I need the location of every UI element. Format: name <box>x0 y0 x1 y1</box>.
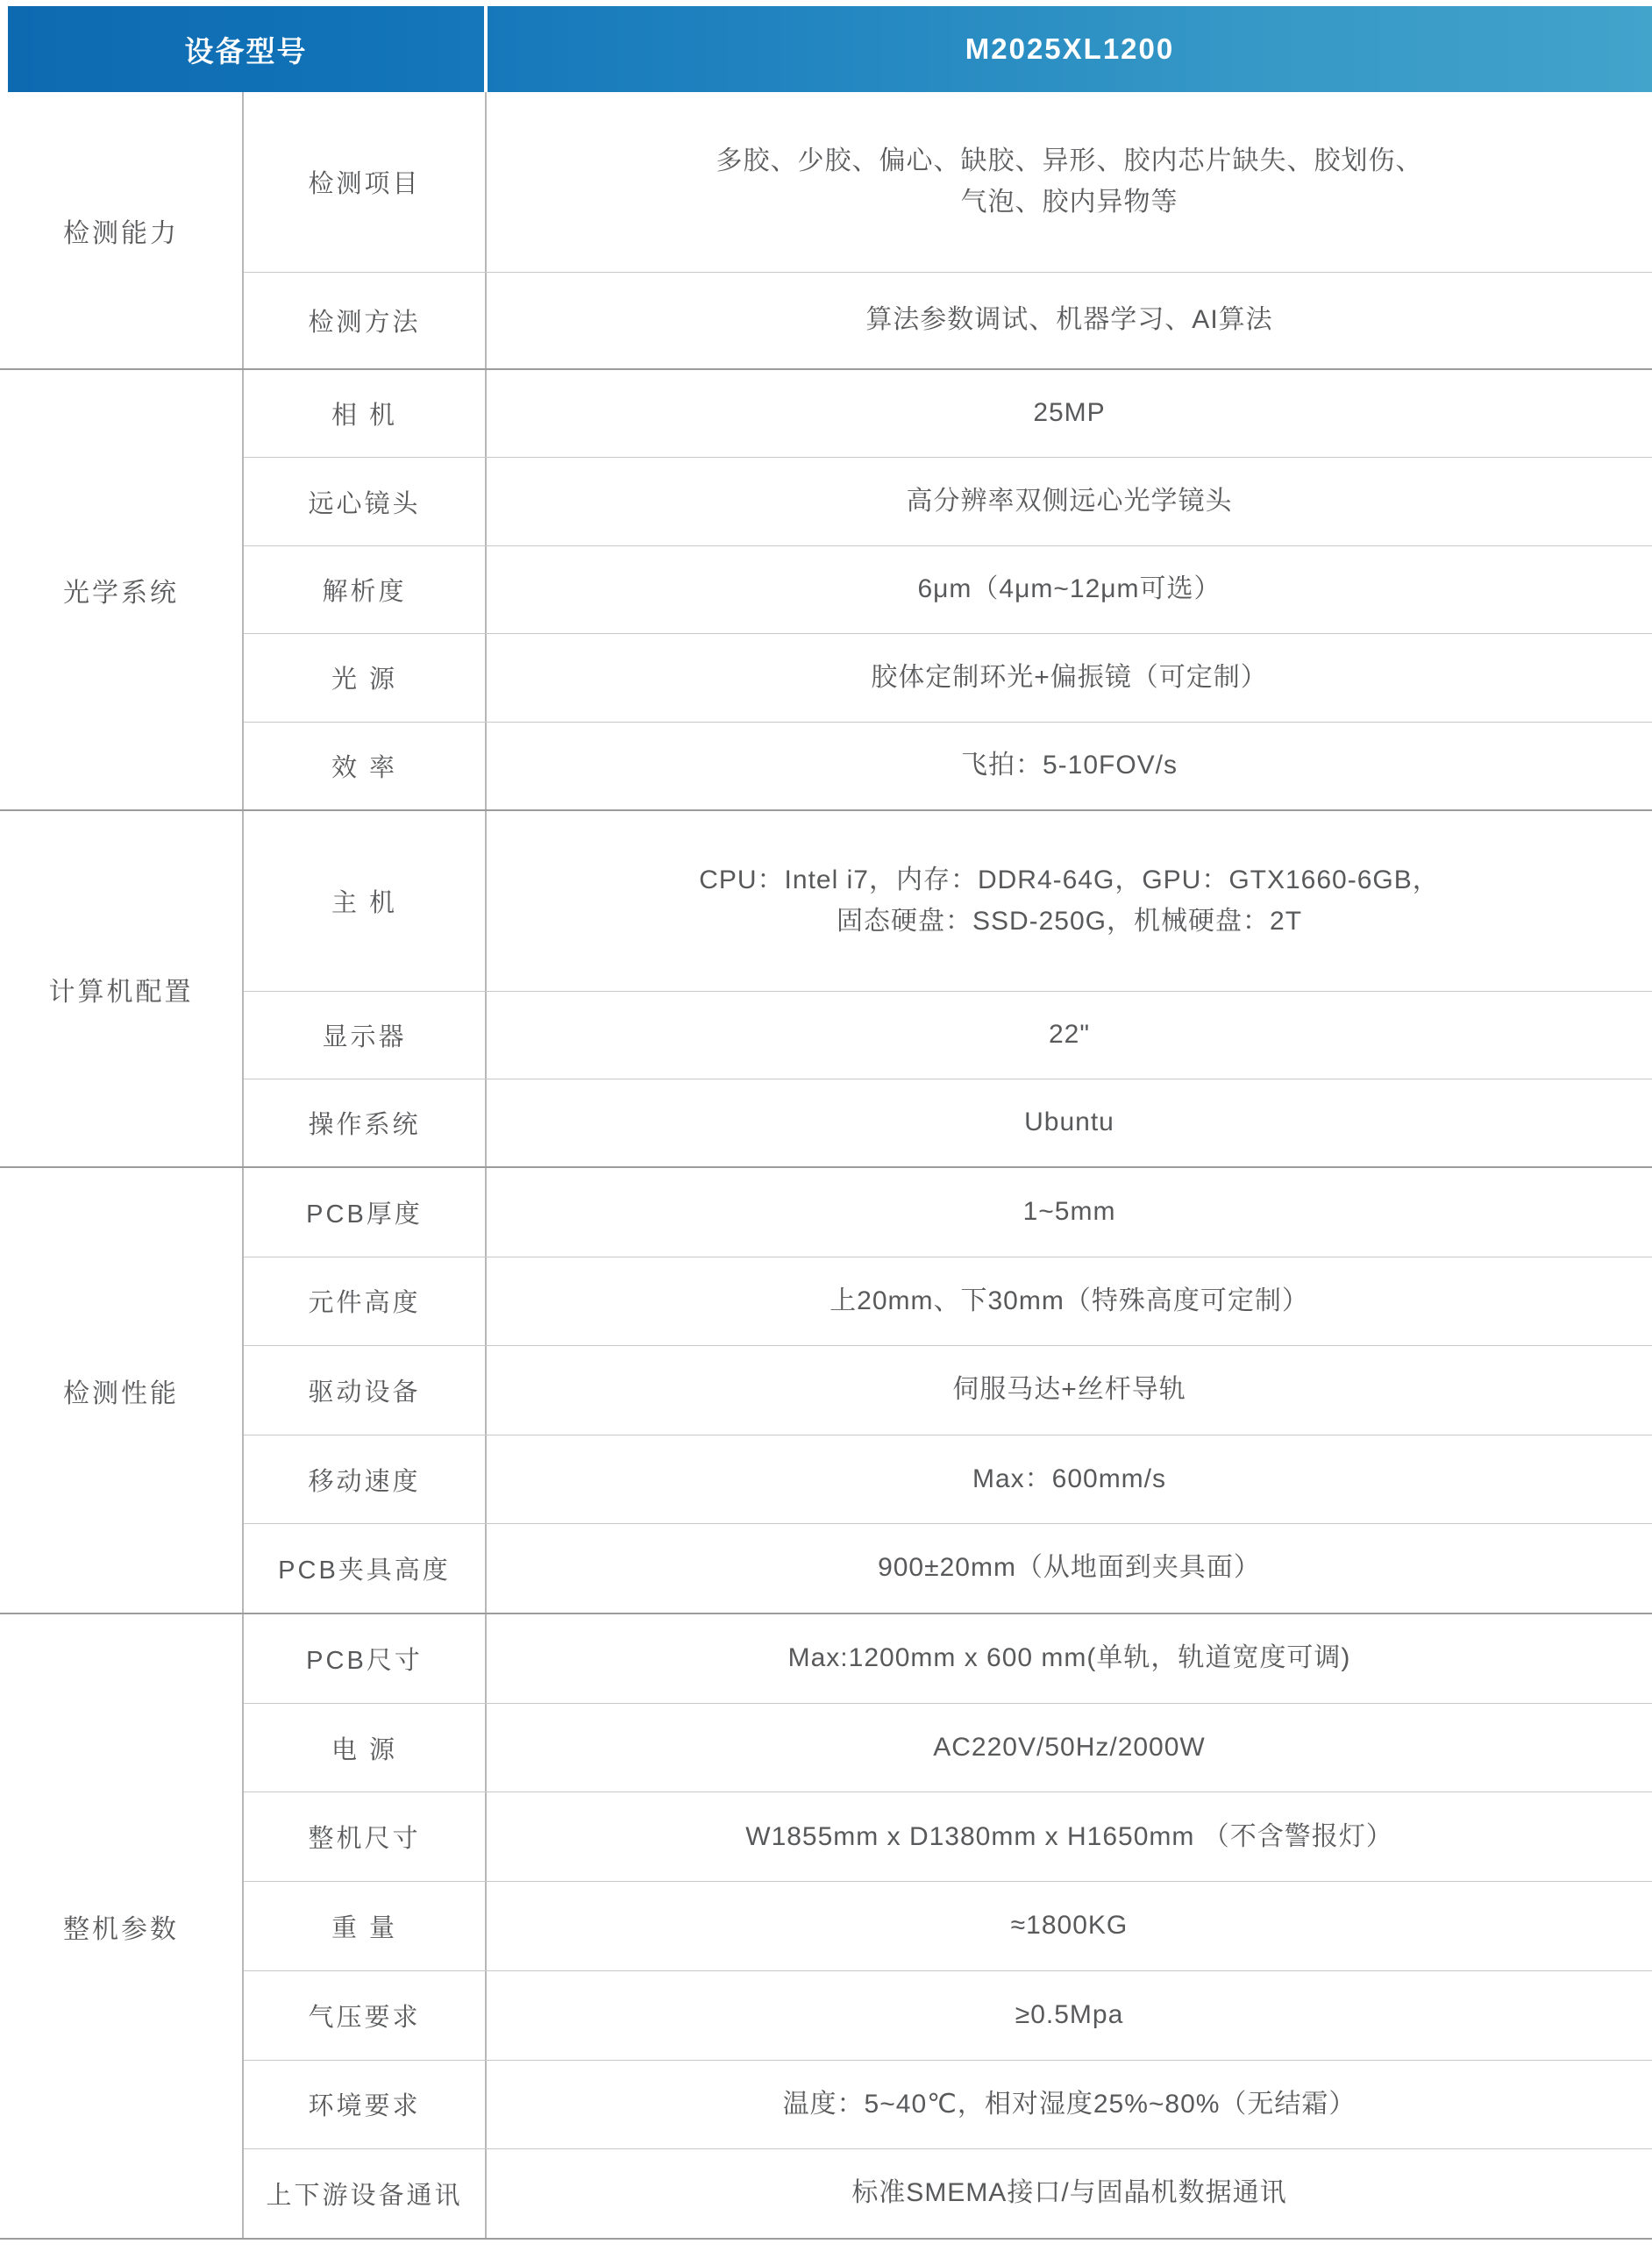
spec-row: PCB厚度 1~5mm <box>244 1168 1652 1257</box>
spec-value: 上20mm、下30mm（特殊高度可定制） <box>487 1257 1652 1346</box>
section-rows: 检测项目 多胶、少胶、偏心、缺胶、异形、胶内芯片缺失、胶划伤、 气泡、胶内异物等… <box>244 92 1652 368</box>
spec-label: 检测项目 <box>244 92 487 272</box>
spec-label: PCB尺寸 <box>244 1614 487 1703</box>
spec-label: 效 率 <box>244 723 487 809</box>
spec-row: 效 率 飞拍：5-10FOV/s <box>244 722 1652 809</box>
group-cell-computer-configuration: 计算机配置 <box>0 811 244 1166</box>
spec-label: 重 量 <box>244 1882 487 1970</box>
spec-row: 显示器 22" <box>244 991 1652 1079</box>
spec-value: CPU：Intel i7，内存：DDR4-64G，GPU：GTX1660-6GB… <box>487 811 1652 991</box>
spec-row: 远心镜头 高分辨率双侧远心光学镜头 <box>244 457 1652 545</box>
spec-row: 检测项目 多胶、少胶、偏心、缺胶、异形、胶内芯片缺失、胶划伤、 气泡、胶内异物等 <box>244 92 1652 272</box>
spec-value: 22" <box>487 992 1652 1079</box>
spec-row: 解析度 6μm（4μm~12μm可选） <box>244 545 1652 633</box>
section-detection-capability: 检测能力 检测项目 多胶、少胶、偏心、缺胶、异形、胶内芯片缺失、胶划伤、 气泡、… <box>0 92 1652 370</box>
spec-label: 操作系统 <box>244 1079 487 1166</box>
section-computer-configuration: 计算机配置 主 机 CPU：Intel i7，内存：DDR4-64G，GPU：G… <box>0 811 1652 1168</box>
spec-sheet: 设备型号 M2025XL1200 检测能力 检测项目 多胶、少胶、偏心、缺胶、异… <box>0 0 1652 2251</box>
section-machine-parameters: 整机参数 PCB尺寸 Max:1200mm x 600 mm(单轨，轨道宽度可调… <box>0 1614 1652 2240</box>
header-model-value: M2025XL1200 <box>488 6 1652 92</box>
spec-value: 900±20mm（从地面到夹具面） <box>487 1524 1652 1613</box>
spec-value: AC220V/50Hz/2000W <box>487 1704 1652 1792</box>
group-cell-optical-system: 光学系统 <box>0 370 244 809</box>
spec-row: 气压要求 ≥0.5Mpa <box>244 1970 1652 2060</box>
spec-value: 伺服马达+丝杆导轨 <box>487 1346 1652 1435</box>
spec-value: Ubuntu <box>487 1079 1652 1166</box>
spec-label: 整机尺寸 <box>244 1792 487 1881</box>
spec-label: 主 机 <box>244 811 487 991</box>
spec-value: 6μm（4μm~12μm可选） <box>487 546 1652 633</box>
header-device-model-label: 设备型号 <box>8 6 484 92</box>
spec-value: 温度：5~40℃，相对湿度25%~80%（无结霜） <box>487 2061 1652 2149</box>
group-cell-detection-capability: 检测能力 <box>0 92 244 368</box>
spec-value: ≈1800KG <box>487 1882 1652 1970</box>
spec-value: 标准SMEMA接口/与固晶机数据通讯 <box>487 2149 1652 2238</box>
spec-row: 驱动设备 伺服马达+丝杆导轨 <box>244 1345 1652 1435</box>
spec-label: 元件高度 <box>244 1257 487 1346</box>
spec-label: 电 源 <box>244 1704 487 1792</box>
spec-label: 驱动设备 <box>244 1346 487 1435</box>
spec-label: PCB夹具高度 <box>244 1524 487 1613</box>
spec-value: W1855mm x D1380mm x H1650mm （不含警报灯） <box>487 1792 1652 1881</box>
spec-row: 元件高度 上20mm、下30mm（特殊高度可定制） <box>244 1257 1652 1346</box>
section-rows: 相 机 25MP 远心镜头 高分辨率双侧远心光学镜头 解析度 6μm（4μm~1… <box>244 370 1652 809</box>
group-cell-machine-parameters: 整机参数 <box>0 1614 244 2238</box>
group-cell-detection-performance: 检测性能 <box>0 1168 244 1613</box>
spec-row: 光 源 胶体定制环光+偏振镜（可定制） <box>244 633 1652 721</box>
spec-value: 胶体定制环光+偏振镜（可定制） <box>487 634 1652 721</box>
spec-value: 飞拍：5-10FOV/s <box>487 723 1652 809</box>
section-detection-performance: 检测性能 PCB厚度 1~5mm 元件高度 上20mm、下30mm（特殊高度可定… <box>0 1168 1652 1614</box>
spec-label: 移动速度 <box>244 1435 487 1524</box>
spec-value: 多胶、少胶、偏心、缺胶、异形、胶内芯片缺失、胶划伤、 气泡、胶内异物等 <box>487 92 1652 272</box>
spec-row: 整机尺寸 W1855mm x D1380mm x H1650mm （不含警报灯） <box>244 1792 1652 1881</box>
spec-label: 解析度 <box>244 546 487 633</box>
spec-value: 算法参数调试、机器学习、AI算法 <box>487 273 1652 368</box>
spec-value: 1~5mm <box>487 1168 1652 1257</box>
spec-table: 检测能力 检测项目 多胶、少胶、偏心、缺胶、异形、胶内芯片缺失、胶划伤、 气泡、… <box>0 92 1652 2240</box>
table-header: 设备型号 M2025XL1200 <box>8 6 1652 92</box>
spec-label: 显示器 <box>244 992 487 1079</box>
spec-row: 检测方法 算法参数调试、机器学习、AI算法 <box>244 272 1652 368</box>
spec-value: ≥0.5Mpa <box>487 1971 1652 2060</box>
spec-row: 相 机 25MP <box>244 370 1652 457</box>
spec-label: 上下游设备通讯 <box>244 2149 487 2238</box>
section-optical-system: 光学系统 相 机 25MP 远心镜头 高分辨率双侧远心光学镜头 解析度 6μm（… <box>0 370 1652 811</box>
spec-row: 上下游设备通讯 标准SMEMA接口/与固晶机数据通讯 <box>244 2148 1652 2238</box>
spec-row: PCB尺寸 Max:1200mm x 600 mm(单轨，轨道宽度可调) <box>244 1614 1652 1703</box>
spec-row: PCB夹具高度 900±20mm（从地面到夹具面） <box>244 1523 1652 1613</box>
spec-row: 重 量 ≈1800KG <box>244 1881 1652 1970</box>
spec-label: 检测方法 <box>244 273 487 368</box>
spec-label: 气压要求 <box>244 1971 487 2060</box>
spec-label: 相 机 <box>244 370 487 457</box>
spec-value: Max:1200mm x 600 mm(单轨，轨道宽度可调) <box>487 1614 1652 1703</box>
spec-label: 远心镜头 <box>244 458 487 545</box>
spec-value: Max：600mm/s <box>487 1435 1652 1524</box>
spec-row: 电 源 AC220V/50Hz/2000W <box>244 1703 1652 1792</box>
spec-label: PCB厚度 <box>244 1168 487 1257</box>
section-rows: PCB厚度 1~5mm 元件高度 上20mm、下30mm（特殊高度可定制） 驱动… <box>244 1168 1652 1613</box>
spec-value: 25MP <box>487 370 1652 457</box>
spec-row: 环境要求 温度：5~40℃，相对湿度25%~80%（无结霜） <box>244 2060 1652 2149</box>
section-rows: 主 机 CPU：Intel i7，内存：DDR4-64G，GPU：GTX1660… <box>244 811 1652 1166</box>
spec-label: 光 源 <box>244 634 487 721</box>
spec-value: 高分辨率双侧远心光学镜头 <box>487 458 1652 545</box>
spec-row: 操作系统 Ubuntu <box>244 1079 1652 1166</box>
section-rows: PCB尺寸 Max:1200mm x 600 mm(单轨，轨道宽度可调) 电 源… <box>244 1614 1652 2238</box>
spec-row: 移动速度 Max：600mm/s <box>244 1435 1652 1524</box>
spec-label: 环境要求 <box>244 2061 487 2149</box>
spec-row: 主 机 CPU：Intel i7，内存：DDR4-64G，GPU：GTX1660… <box>244 811 1652 991</box>
